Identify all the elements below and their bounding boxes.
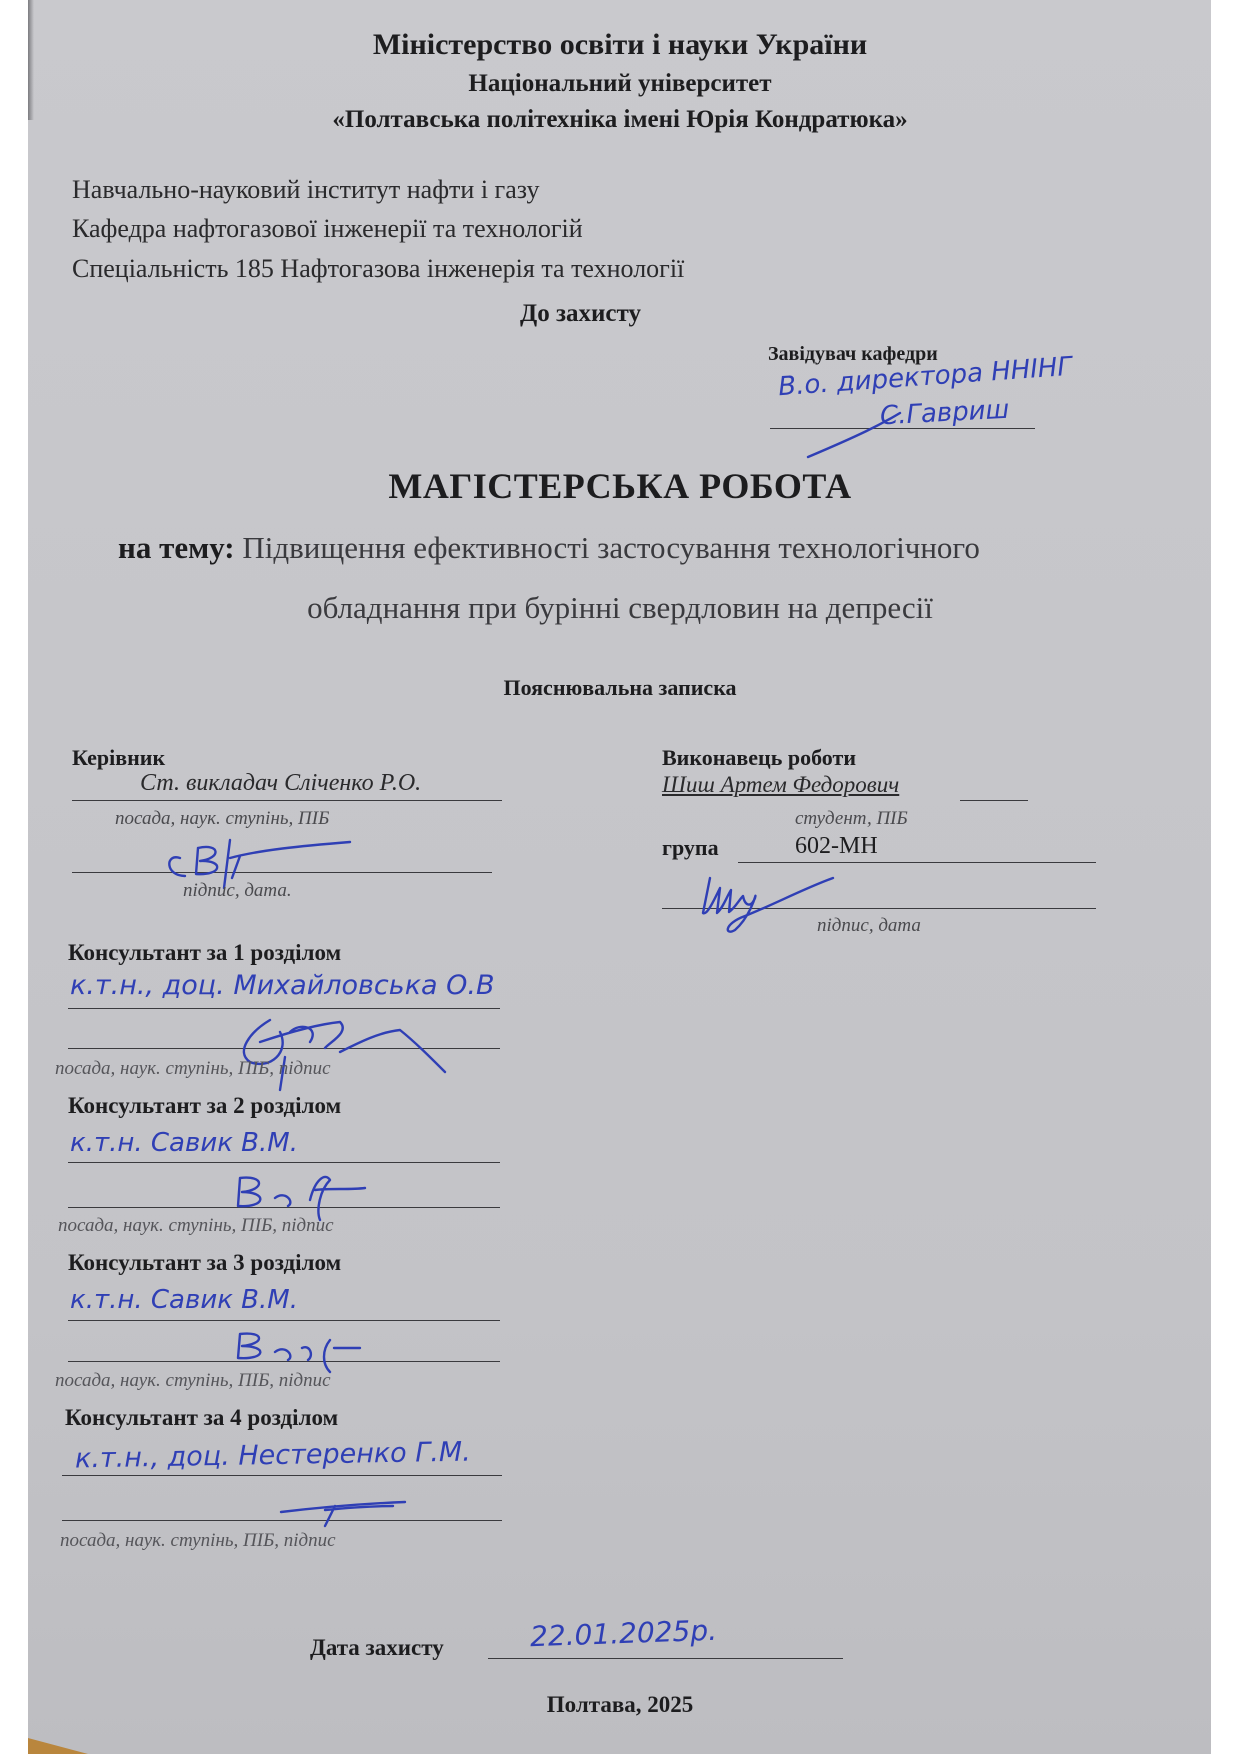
author-value: Шиш Артем Федорович [662, 772, 899, 798]
topic-prefix: на тему: [118, 530, 235, 565]
topic-line-2: обладнання при бурінні свердловин на деп… [0, 590, 1240, 626]
consultant-3-signature-icon [230, 1326, 370, 1376]
doc-type-label: Пояснювальна записка [0, 675, 1240, 701]
supervisor-label: Керівник [72, 745, 165, 771]
head-signature-icon [800, 405, 910, 465]
group-underline [738, 862, 1096, 863]
consultant-4-signature-icon [275, 1492, 415, 1532]
to-defense-label: До захисту [520, 300, 641, 328]
defense-date-label: Дата захисту [310, 1635, 444, 1661]
city-year: Полтава, 2025 [0, 1692, 1240, 1718]
supervisor-underline [72, 800, 502, 801]
work-type-title: МАГІСТЕРСЬКА РОБОТА [0, 465, 1240, 507]
specialty-name: Спеціальність 185 Нафтогазова інженерія … [72, 254, 684, 284]
author-signature-icon [695, 868, 835, 938]
university-heading: Національний університет [0, 70, 1240, 98]
author-label: Виконавець роботи [662, 745, 856, 771]
consultant-4-label: Консультант за 4 розділом [65, 1405, 338, 1431]
consultant-2-handwritten: к.т.н. Савик В.М. [70, 1128, 298, 1158]
consultant-2-caption: посада, наук. ступінь, ПІБ, підпис [58, 1215, 334, 1237]
consultant-3-label: Консультант за 3 розділом [68, 1250, 341, 1276]
supervisor-value: Ст. викладач Сліченко Р.О. [140, 770, 421, 797]
topic-text-1: Підвищення ефективності застосування тех… [242, 530, 979, 565]
consultant-3-caption: посада, наук. ступінь, ПІБ, підпис [55, 1370, 331, 1392]
consultant-3-name-line [68, 1320, 500, 1321]
supervisor-signature-caption: підпис, дата. [183, 880, 292, 902]
topic-line-1: на тему: Підвищення ефективності застосу… [118, 530, 980, 566]
department-name: Кафедра нафтогазової інженерії та технол… [72, 214, 583, 244]
consultant-1-caption: посада, наук. ступінь, ПІБ, підпис [55, 1058, 331, 1080]
consultant-3-handwritten: к.т.н. Савик В.М. [70, 1285, 298, 1315]
consultant-1-signature-icon [230, 1012, 460, 1092]
group-value: 602-МН [795, 833, 878, 860]
institute-name: Навчально-науковий інститут нафти і газу [72, 175, 539, 205]
ministry-heading: Міністерство освіти і науки України [0, 28, 1240, 62]
author-caption: студент, ПІБ [795, 808, 908, 830]
author-signature-caption: підпис, дата [817, 915, 921, 937]
consultant-2-label: Консультант за 2 розділом [68, 1093, 341, 1119]
group-label: група [662, 835, 719, 861]
supervisor-caption: посада, наук. ступінь, ПІБ [115, 808, 329, 830]
consultant-1-name-line [68, 1008, 500, 1009]
university-name: «Полтавська політехніка імені Юрія Кондр… [0, 106, 1240, 134]
consultant-2-name-line [68, 1162, 500, 1163]
consultant-1-handwritten: к.т.н., доц. Михайловська О.В [70, 970, 495, 1001]
consultant-1-label: Консультант за 1 розділом [68, 940, 341, 966]
consultant-4-caption: посада, наук. ступінь, ПІБ, підпис [60, 1530, 336, 1552]
defense-date-handwritten: 22.01.2025р. [529, 1614, 717, 1654]
author-underline [960, 800, 1028, 801]
consultant-4-name-line [62, 1475, 502, 1476]
defense-date-line [488, 1658, 843, 1659]
